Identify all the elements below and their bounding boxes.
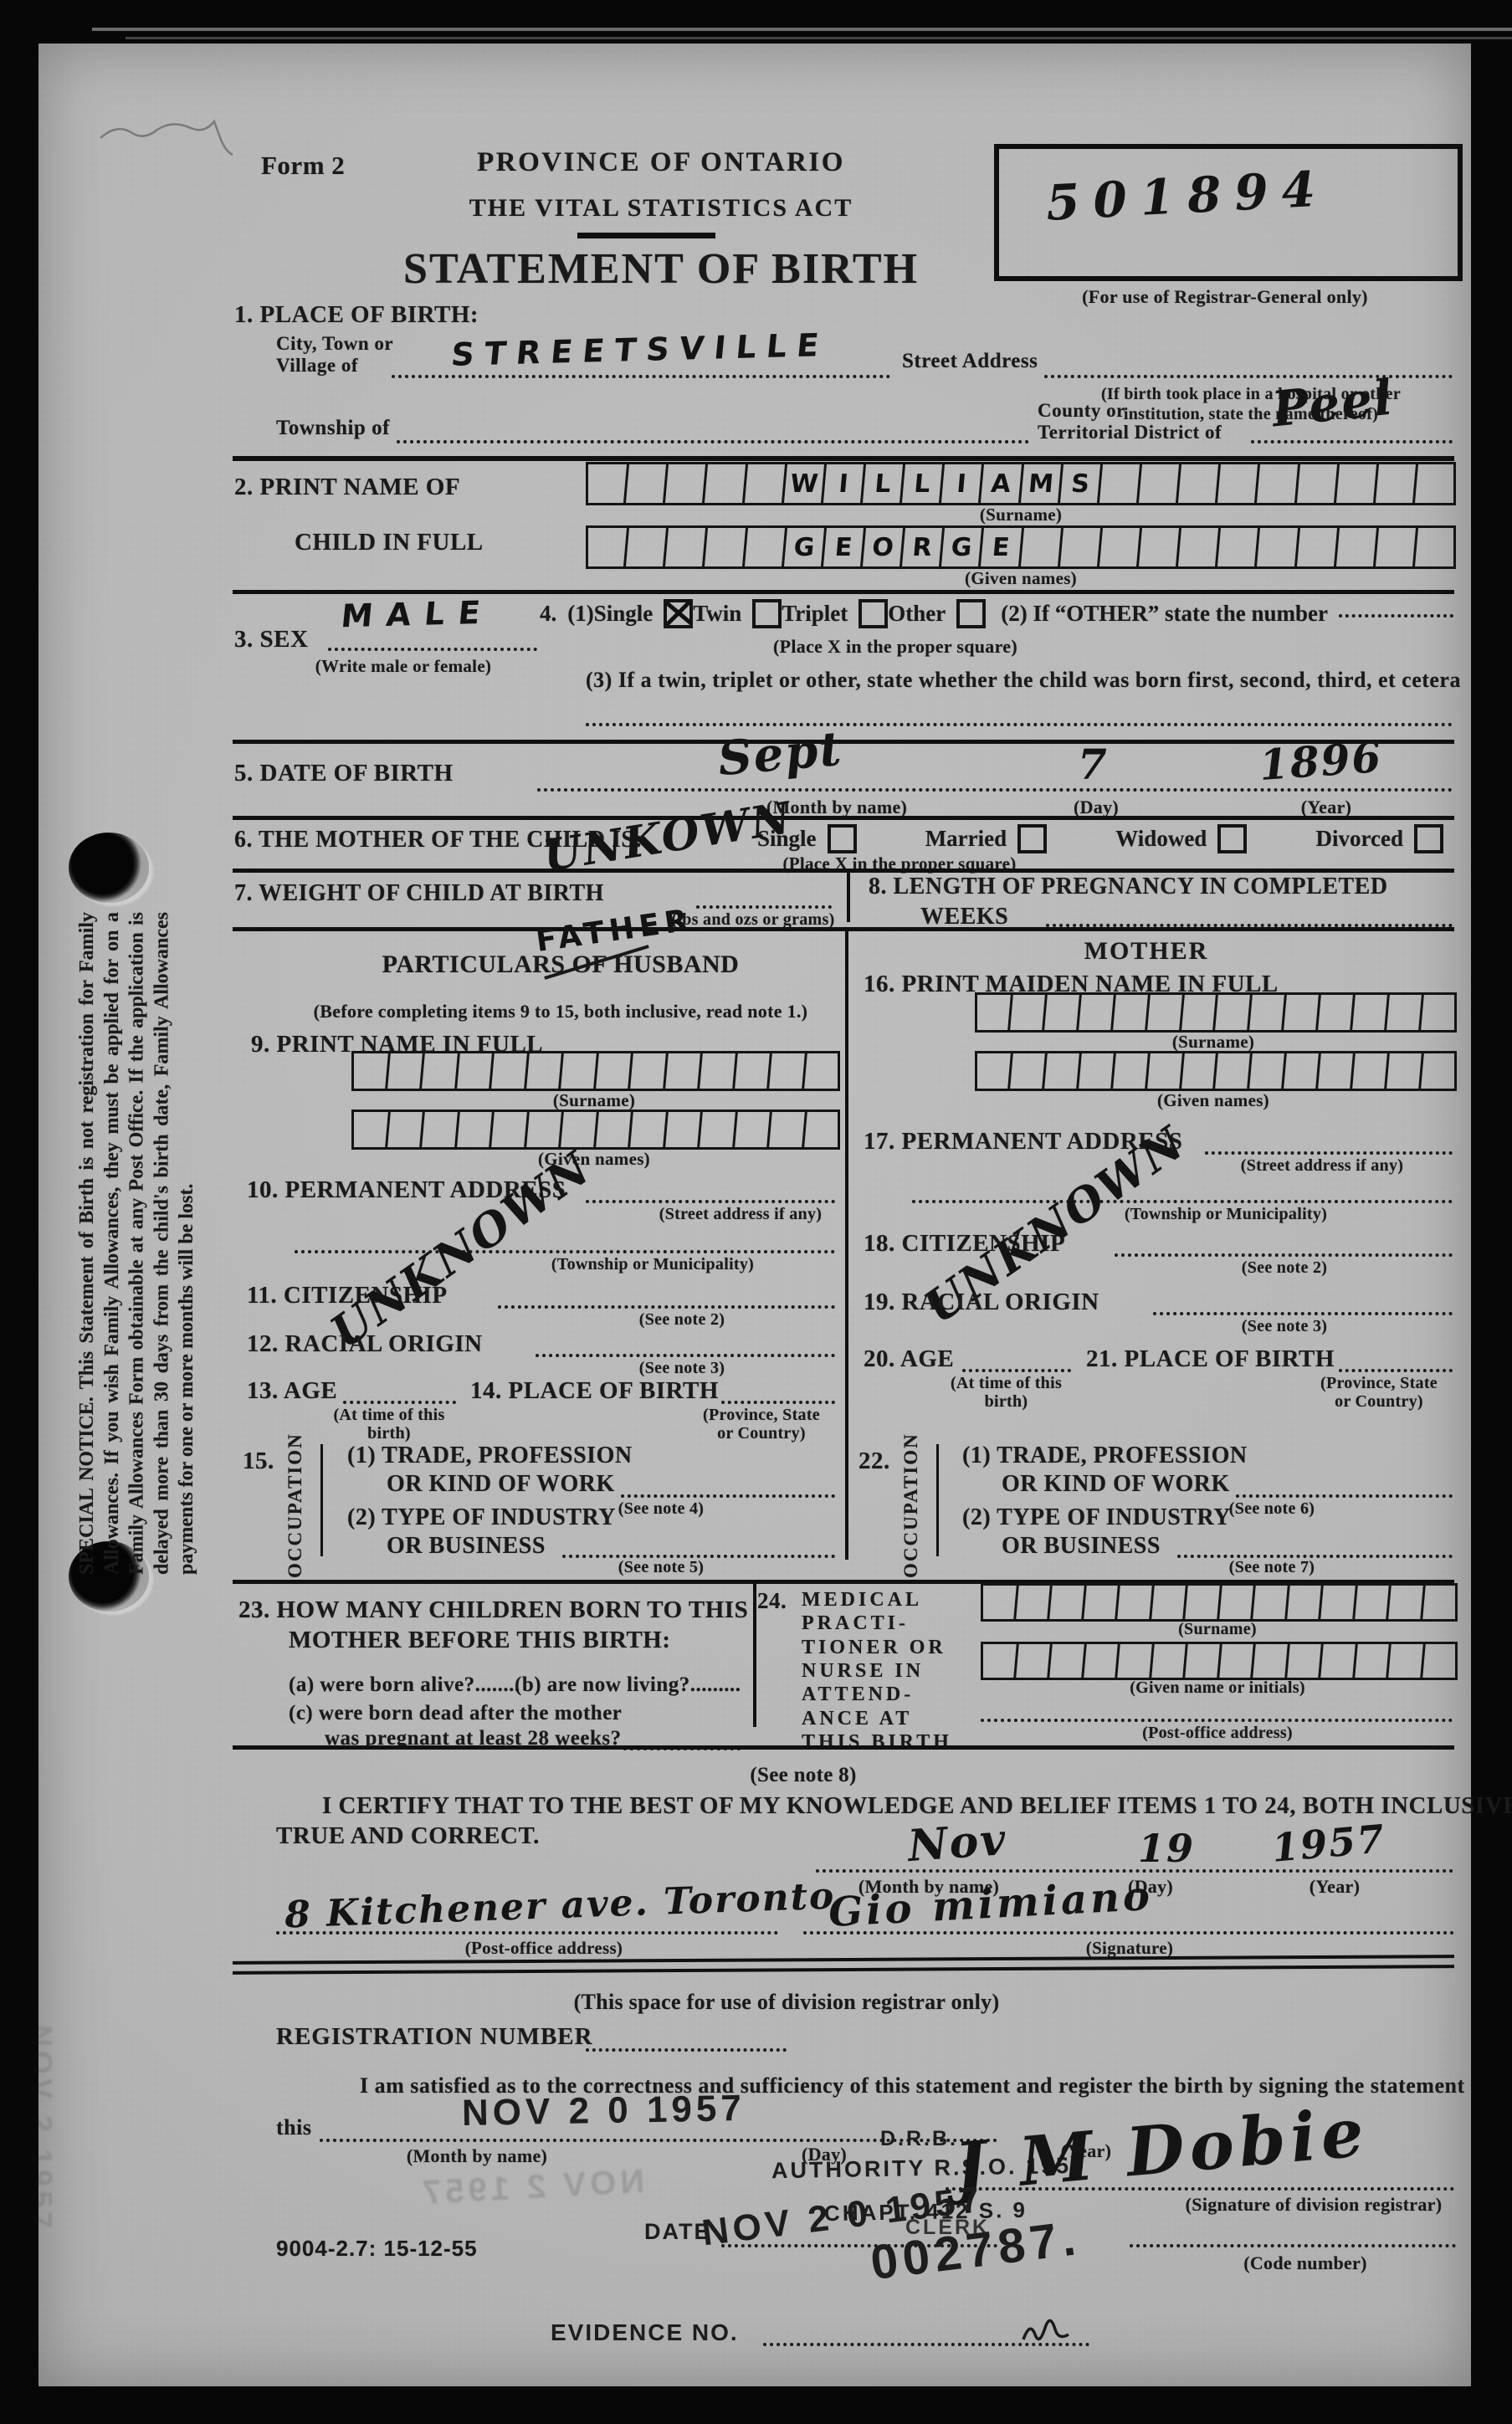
label-line: THIS BIRTH (802, 1730, 973, 1754)
husband-occupation-label: OCCUPATION (284, 1444, 306, 1578)
char-box-cell: E (821, 528, 864, 566)
county-label-1: County or (1038, 400, 1125, 422)
char-box-cell (489, 1053, 526, 1089)
registration-number-label: REGISTRATION NUMBER (276, 2023, 593, 2051)
char-box-cell (1145, 1053, 1182, 1089)
township-dotted-line (397, 438, 1029, 443)
char-box-cell (1315, 995, 1353, 1030)
certify-address-caption: (Post-office address) (435, 1938, 653, 1959)
char-box-cell (1386, 1644, 1422, 1678)
section-divider (233, 1745, 1454, 1750)
item10-dotted-line (586, 1198, 835, 1203)
char-box-cell (419, 1112, 457, 1147)
char-box-cell (1213, 995, 1251, 1030)
char-box-cell: I (821, 464, 864, 503)
item14-cap1: (Province, State (678, 1406, 845, 1425)
char-box-cell (385, 1112, 423, 1147)
char-box-cell (623, 464, 666, 503)
code-dotted-line (1130, 2242, 1456, 2247)
item23-qa: (a) were born alive?........ (289, 1673, 520, 1697)
item15-number: 15. (243, 1448, 274, 1475)
char-box-cell (1250, 1586, 1287, 1619)
label-line: MEDICAL (802, 1588, 973, 1612)
county-label-2: Territorial District of (1038, 422, 1222, 443)
item17-dotted-line (1205, 1150, 1453, 1155)
checkbox-option: Twin (693, 599, 782, 628)
handwritten-mark (1017, 2311, 1075, 2349)
husband-surname-caption: (Surname) (494, 1090, 694, 1111)
item8-label-1: 8. LENGTH OF PREGNANCY IN COMPLETED (869, 874, 1388, 900)
char-box-cell (1318, 1586, 1355, 1619)
char-box-cell: R (900, 528, 942, 566)
label-line: ANCE AT (802, 1707, 973, 1730)
char-box-cell (663, 464, 705, 503)
option-label: Other (888, 601, 946, 627)
item6-options: SingleMarriedWidowedDivorced (757, 824, 1443, 853)
birth-month-handwritten: Sept (715, 721, 844, 787)
char-box-cell (1081, 1586, 1118, 1619)
char-box-cell (1215, 464, 1258, 503)
char-box-cell (1254, 528, 1297, 566)
medical-given-caption: (Given name or initials) (1088, 1678, 1347, 1698)
label-line: PRACTI- (802, 1612, 973, 1635)
char-box-cell (1412, 464, 1455, 503)
registrar-box-caption: (For use of Registrar-General only) (996, 286, 1454, 308)
option-label: Divorced (1315, 826, 1402, 852)
char-box-cell (1284, 1586, 1321, 1619)
checkbox-option: Single (594, 599, 694, 628)
char-box-cell (1350, 995, 1387, 1030)
char-box-cell (1110, 995, 1148, 1030)
item20-cap2: birth) (925, 1392, 1088, 1412)
char-box-cell (1418, 1053, 1456, 1089)
char-box-cell (702, 528, 745, 566)
item19-cap: (See note 3) (1205, 1317, 1364, 1336)
item3-label: 3. SEX (234, 626, 308, 653)
char-box-cell (1350, 1053, 1387, 1089)
char-box-cell (1217, 1586, 1253, 1619)
item4-row: 4. (1) SingleTwinTripletOther (2) If “OT… (540, 599, 1453, 628)
item14-label: 14. PLACE OF BIRTH (470, 1377, 719, 1405)
mother-occupation-label: OCCUPATION (900, 1444, 922, 1578)
char-box-cell (1149, 1644, 1186, 1678)
item11-cap: (See note 2) (602, 1310, 761, 1330)
form-number: Form 2 (261, 151, 345, 181)
char-box-cell (1176, 464, 1218, 503)
page-title: STATEMENT OF BIRTH (335, 244, 987, 294)
husband-trade-2: OR KIND OF WORK (387, 1471, 615, 1498)
husband-industry-2: OR BUSINESS (387, 1533, 546, 1560)
item23-qc1: (c) were born dead after the mother (289, 1702, 622, 1725)
trade-dotted-line (621, 1493, 835, 1498)
char-box-cell (766, 1112, 804, 1147)
char-box-cell (1248, 1053, 1285, 1089)
husband-trade-1: (1) TRADE, PROFESSION (347, 1443, 633, 1469)
mother-trade-2: OR KIND OF WORK (1002, 1471, 1230, 1498)
char-box-cell (1182, 1644, 1219, 1678)
char-box-cell (1254, 464, 1297, 503)
item2-label-2: CHILD IN FULL (295, 529, 484, 556)
char-box-cell (623, 528, 666, 566)
char-box-cell (1412, 528, 1455, 566)
item18-cap: (See note 2) (1205, 1258, 1364, 1278)
scan-edge-line (126, 37, 1512, 39)
section-divider (233, 816, 1454, 820)
char-box-cell (802, 1112, 839, 1147)
char-box-cell (1215, 528, 1258, 566)
checkbox (956, 599, 986, 628)
form-code: 9004-2.7: 15-12-55 (276, 2236, 478, 2262)
registrar-cap-month: (Month by name) (385, 2145, 569, 2167)
char-box-cell (1334, 464, 1376, 503)
checkbox (1414, 824, 1443, 853)
char-box-cell (587, 528, 627, 566)
mother-trade-1: (1) TRADE, PROFESSION (962, 1443, 1248, 1469)
char-box-cell (702, 464, 745, 503)
item21-cap2: or Country) (1295, 1392, 1463, 1412)
checkbox-option: Married (925, 824, 1047, 853)
char-box-cell (1115, 1644, 1151, 1678)
checkbox (752, 599, 782, 628)
province-heading: PROVINCE OF ONTARIO (385, 147, 937, 178)
char-box-cell (1352, 1644, 1389, 1678)
item10-cap2: (Township or Municipality) (502, 1255, 803, 1274)
label-line: NURSE IN (802, 1659, 973, 1683)
char-box-cell: A (978, 464, 1021, 503)
checkbox (1217, 824, 1247, 853)
birth-year-handwritten: 1896 (1258, 732, 1384, 790)
street-address-label: Street Address (902, 350, 1038, 373)
item7-dotted-line (696, 904, 832, 909)
item3-note3: (3) If a twin, triplet or other, state w… (586, 668, 1461, 693)
char-box-cell (1318, 1644, 1355, 1678)
option-label: Single (594, 601, 653, 627)
char-box-cell (587, 464, 627, 503)
pencil-scribble (96, 100, 255, 163)
char-box-cell (663, 528, 705, 566)
char-box-cell (982, 1644, 1016, 1678)
mother-surname-boxes (975, 992, 1457, 1033)
char-box-cell (697, 1112, 735, 1147)
char-box-cell (1013, 1644, 1050, 1678)
child-given-caption: (Given names) (912, 568, 1130, 589)
county-dotted-line (1251, 438, 1453, 443)
char-box-cell (1217, 1644, 1253, 1678)
item24-label: MEDICALPRACTI-TIONER ORNURSE INATTEND-AN… (802, 1588, 973, 1754)
item14-cap2: or Country) (678, 1424, 845, 1443)
item4-part2-label: (2) If “OTHER” state the number (1001, 601, 1328, 627)
char-box-cell (742, 464, 785, 503)
husband-note: (Before completing items 9 to 15, both i… (293, 1001, 828, 1022)
section-divider (233, 869, 1454, 873)
char-box-cell (1334, 528, 1376, 566)
char-box-cell (1115, 1586, 1151, 1619)
mother-header: MOTHER (1046, 937, 1247, 966)
item3-caption: (Write male or female) (269, 656, 537, 677)
column-divider (845, 930, 848, 1560)
char-box-cell (1081, 1644, 1118, 1678)
char-box-cell (1097, 528, 1140, 566)
certify-month-handwritten: Nov (906, 1814, 1008, 1872)
checkbox (664, 599, 693, 628)
item13-cap2: birth) (310, 1424, 469, 1443)
item4-caption: (Place X in the proper square) (745, 636, 1046, 658)
checkbox (828, 824, 857, 853)
item5-dotted-line (537, 787, 1453, 792)
char-box-cell: W (782, 464, 824, 503)
char-box-cell (454, 1112, 492, 1147)
city-label-1: City, Town or (276, 333, 393, 355)
mother-surname-caption: (Surname) (1113, 1032, 1314, 1053)
char-box-cell (766, 1053, 804, 1089)
char-box-cell (1047, 1586, 1084, 1619)
char-box-cell: S (1058, 464, 1100, 503)
husband-industry-1: (2) TYPE OF INDUSTRY (347, 1504, 616, 1531)
char-box-cell (1179, 995, 1217, 1030)
child-given-boxes: GEORGE (586, 525, 1456, 569)
punch-hole-top (69, 833, 149, 903)
item23-label-2: MOTHER BEFORE THIS BIRTH: (289, 1627, 671, 1654)
husband-industry-cap: (See note 5) (586, 1558, 736, 1577)
char-box-cell (385, 1053, 423, 1089)
mother-industry-1: (2) TYPE OF INDUSTRY (962, 1504, 1231, 1531)
char-box-cell: E (978, 528, 1021, 566)
char-box-cell (1250, 1644, 1287, 1678)
char-box-cell (1373, 528, 1416, 566)
char-box-cell (1179, 1053, 1217, 1089)
char-box-cell: G (939, 528, 982, 566)
occupation-rule (936, 1444, 939, 1556)
char-box-cell (1110, 1053, 1148, 1089)
label-line: TIONER OR (802, 1636, 973, 1659)
item13-dotted-line (343, 1399, 456, 1404)
husband-surname-boxes (351, 1051, 840, 1091)
column-divider (847, 870, 850, 922)
option-label: Triplet (782, 601, 848, 627)
birth-day-handwritten: 7 (1078, 740, 1109, 789)
char-box-cell (489, 1112, 526, 1147)
char-box-cell (352, 1053, 387, 1089)
scanned-birth-statement: SPECIAL NOTICE. This Statement of Birth … (0, 0, 1512, 2424)
this-label: this (276, 2115, 311, 2140)
medical-given-boxes (981, 1642, 1458, 1680)
char-box-cell (802, 1053, 839, 1089)
char-box-cell (1018, 528, 1061, 566)
char-box-cell (524, 1112, 561, 1147)
mother-industry-cap: (See note 7) (1197, 1558, 1347, 1577)
checkbox-option: Other (888, 599, 986, 628)
township-label: Township of (276, 417, 390, 440)
char-box-cell (352, 1112, 387, 1147)
item4-dotted-line (1339, 611, 1453, 618)
evidence-label: EVIDENCE NO. (551, 2319, 739, 2346)
char-box-cell (1042, 995, 1079, 1030)
char-box-cell (1294, 528, 1337, 566)
item12-dotted-line (536, 1352, 835, 1357)
item21-dotted-line (1339, 1367, 1453, 1372)
medical-address-caption: (Post-office address) (1105, 1724, 1330, 1743)
char-box-cell (593, 1053, 631, 1089)
code-number-caption: (Code number) (1222, 2252, 1389, 2274)
item20-cap1: (At time of this (925, 1374, 1088, 1393)
char-box-cell (1281, 995, 1319, 1030)
item17-dotted-line2 (912, 1198, 1453, 1203)
date-stamp-1: NOV 2 0 1957 (462, 2088, 746, 2134)
item4-no-label: 4. (540, 601, 556, 627)
registration-number-dotted (586, 2047, 787, 2052)
char-box-cell (1007, 1053, 1045, 1089)
char-box-cell: G (782, 528, 824, 566)
child-surname-caption: (Surname) (920, 505, 1121, 525)
char-box-cell (628, 1053, 665, 1089)
char-box-cell (663, 1053, 700, 1089)
char-box-cell (1013, 1586, 1050, 1619)
char-box-cell (1176, 528, 1218, 566)
char-box-cell (1058, 528, 1100, 566)
mother-industry-2: OR BUSINESS (1002, 1533, 1161, 1560)
checkbox (1017, 824, 1047, 853)
item2-label-1: 2. PRINT NAME OF (234, 474, 460, 501)
medical-address-dotted (981, 1717, 1453, 1722)
char-box-cell (1418, 995, 1456, 1030)
item21-label: 21. PLACE OF BIRTH (1086, 1345, 1335, 1373)
item13-label: 13. AGE (247, 1377, 337, 1405)
certify-date-dotted (816, 1868, 1453, 1873)
char-box-cell (732, 1053, 770, 1089)
char-box-cell (1136, 528, 1179, 566)
husband-given-caption: (Given names) (485, 1149, 703, 1170)
child-surname-boxes: WILLIAMS (586, 462, 1456, 505)
char-box-cell (1145, 995, 1182, 1030)
char-box-cell (1420, 1644, 1457, 1678)
item4-number: 4. (1) (540, 601, 594, 627)
char-box-cell (1047, 1644, 1084, 1678)
registrar-space-note: (This space for use of division registra… (552, 1990, 1021, 2015)
char-box-cell (454, 1053, 492, 1089)
char-box-cell (1294, 464, 1337, 503)
char-box-cell (732, 1112, 770, 1147)
certify-signature-dotted (803, 1929, 1454, 1935)
char-box-cell (1386, 1586, 1422, 1619)
section-divider (233, 456, 1454, 461)
option-label: Twin (693, 601, 741, 627)
registrar-signature-caption: (Signature of division registrar) (1167, 2194, 1460, 2216)
medical-surname-boxes (981, 1583, 1458, 1622)
certify-line-1: I CERTIFY THAT TO THE BEST OF MY KNOWLED… (322, 1792, 1512, 1820)
char-box-cell (663, 1112, 700, 1147)
char-box-cell: I (939, 464, 982, 503)
option-label: Married (925, 826, 1007, 852)
char-box-cell (1076, 995, 1114, 1030)
occupation-rule (320, 1444, 323, 1556)
char-box-cell (1136, 464, 1179, 503)
char-box-cell (1420, 1586, 1457, 1619)
item4-part2: (2) If “OTHER” state the number (1001, 601, 1453, 627)
act-heading: THE VITAL STATISTICS ACT (385, 194, 937, 223)
char-box-cell (976, 995, 1011, 1030)
special-notice: SPECIAL NOTICE. This Statement of Birth … (75, 912, 208, 1575)
certify-cap-year: (Year) (1280, 1876, 1389, 1898)
char-box-cell (1384, 995, 1422, 1030)
checkbox-option: Triplet (782, 599, 888, 628)
char-box-cell (1097, 464, 1140, 503)
char-box-cell (1213, 1053, 1251, 1089)
char-box-cell (1182, 1586, 1219, 1619)
char-box-cell (1076, 1053, 1114, 1089)
item12-cap: (See note 3) (602, 1359, 761, 1378)
char-box-cell (1315, 1053, 1353, 1089)
item19-dotted-line (1153, 1310, 1453, 1315)
sex-dotted-line (328, 646, 537, 651)
char-box-cell (1284, 1644, 1321, 1678)
registrar-signature-dotted (946, 2186, 1454, 2191)
char-box-cell (419, 1053, 457, 1089)
char-box-cell (1373, 464, 1416, 503)
char-box-cell (558, 1053, 596, 1089)
label-line: ATTEND- (802, 1683, 973, 1706)
city-dotted-line (392, 373, 890, 378)
trade-dotted-line (1236, 1493, 1453, 1498)
item22-number: 22. (859, 1448, 890, 1475)
item1-label: 1. PLACE OF BIRTH: (234, 301, 479, 329)
item20-dotted-line (962, 1367, 1071, 1372)
item11-dotted-line (498, 1304, 835, 1309)
see-note8: (See note 8) (711, 1764, 895, 1787)
item20-label: 20. AGE (864, 1345, 954, 1373)
char-box-cell: M (1018, 464, 1061, 503)
option-label: Widowed (1115, 826, 1207, 852)
char-box-cell (976, 1053, 1011, 1089)
char-box-cell (982, 1586, 1016, 1619)
medical-surname-caption: (Surname) (1117, 1620, 1318, 1639)
char-box-cell (1007, 995, 1045, 1030)
sex-value-handwritten: MALE (340, 594, 495, 635)
item10-cap1: (Street address if any) (644, 1205, 837, 1224)
char-box-cell: L (900, 464, 942, 503)
certify-day-handwritten: 19 (1138, 1826, 1195, 1871)
checkbox-option: Divorced (1315, 824, 1443, 853)
char-box-cell (1352, 1586, 1389, 1619)
char-box-cell (1248, 995, 1285, 1030)
section-divider (233, 927, 1454, 931)
char-box-cell (697, 1053, 735, 1089)
city-label-2: Village of (276, 355, 358, 377)
char-box-cell (628, 1112, 665, 1147)
certify-address-dotted (276, 1929, 778, 1935)
checkbox-option: Widowed (1115, 824, 1247, 853)
char-box-cell: L (860, 464, 903, 503)
item23-qb: (b) are now living?......... (515, 1673, 741, 1697)
item13-cap1: (At time of this (310, 1406, 469, 1425)
ghost-date-stamp-left: NOV 2 1957 (23, 2025, 59, 2232)
item7-label: 7. WEIGHT OF CHILD AT BIRTH (234, 880, 604, 907)
char-box-cell (1281, 1053, 1319, 1089)
column-divider (753, 1583, 756, 1727)
item5-label: 5. DATE OF BIRTH (234, 760, 454, 787)
item17-cap1: (Street address if any) (1222, 1156, 1422, 1176)
certify-line-2: TRUE AND CORRECT. (276, 1822, 540, 1850)
item12-label: 12. RACIAL ORIGIN (247, 1330, 483, 1358)
char-box-cell (1384, 1053, 1422, 1089)
scan-edge-line (92, 28, 1512, 31)
char-box-cell (524, 1053, 561, 1089)
item19-label: 19. RACIAL ORIGIN (864, 1289, 1099, 1316)
heading-underline (577, 233, 715, 238)
mother-given-boxes (975, 1051, 1457, 1091)
drb-stamp: D.R.B. (880, 2127, 958, 2151)
char-box-cell (1149, 1586, 1186, 1619)
husband-given-boxes (351, 1110, 840, 1150)
